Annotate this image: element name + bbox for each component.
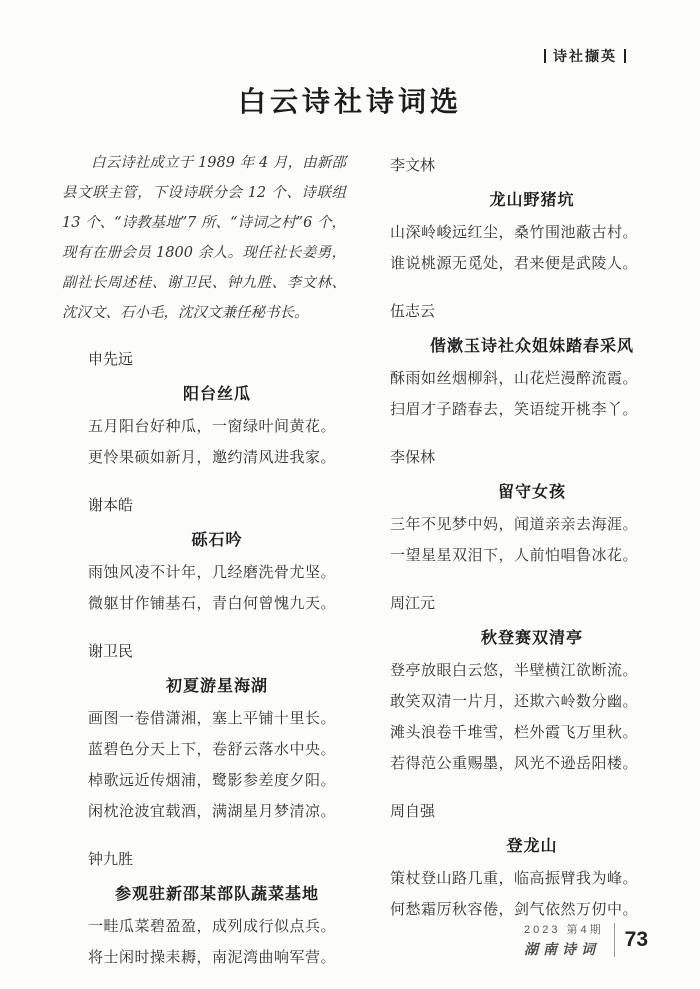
journal-name: 湖南诗词 — [524, 939, 604, 959]
poem-section: 李文林 龙山野猪坑 山深岭峻远红尘，桑竹围池蔽古村。 谁说桃源无觅处，君来便是武… — [390, 154, 674, 280]
verse-line: 一望星星双泪下，人前怕唱鲁冰花。 — [390, 541, 674, 572]
poem-section: 申先远 阳台丝瓜 五月阳台好种瓜，一窗绿叶间黄花。 更怜果硕如新月，邀约清风进我… — [62, 348, 346, 474]
poem-section: 周江元 秋登赛双清亭 登亭放眼白云悠，半壁横江欲断流。 敢笑双清一片月，还欺六岭… — [390, 592, 674, 780]
poem-section: 钟九胜 参观驻新邵某部队蔬菜基地 一畦瓜菜碧盈盈，成列成行似点兵。 将士闲时操耒… — [62, 848, 346, 974]
verse-line: 敢笑双清一片月，还欺六岭数分幽。 — [390, 687, 674, 718]
poem-author: 李文林 — [390, 154, 674, 175]
verse-line: 棹歌远近传烟浦，鹭影参差度夕阳。 — [88, 766, 346, 797]
column-header-label: 诗社撷英 — [553, 46, 617, 66]
poem-verse: 山深岭峻远红尘，桑竹围池蔽古村。 谁说桃源无觅处，君来便是武陵人。 — [390, 218, 674, 280]
poem-section: 谢卫民 初夏游星海湖 画图一卷借潇湘，塞上平铺十里长。 蓝碧色分天上下，卷舒云落… — [62, 640, 346, 828]
verse-line: 五月阳台好种瓜，一窗绿叶间黄花。 — [88, 412, 346, 443]
poem-title: 留守女孩 — [390, 479, 674, 502]
poem-verse: 三年不见梦中妈，闻道亲亲去海涯。 一望星星双泪下，人前怕唱鲁冰花。 — [390, 510, 674, 572]
poem-section: 谢本皓 砾石吟 雨蚀风凌不计年，几经磨洗骨尤坚。 微躯甘作铺基石，青白何曾愧九天… — [62, 494, 346, 620]
verse-line: 闲枕沧波宜载酒，满湖星月梦清凉。 — [88, 797, 346, 828]
verse-line: 谁说桃源无觅处，君来便是武陵人。 — [390, 249, 674, 280]
verse-line: 若得范公重赐墨，风光不逊岳阳楼。 — [390, 749, 674, 780]
poem-verse: 画图一卷借潇湘，塞上平铺十里长。 蓝碧色分天上下，卷舒云落水中央。 棹歌远近传烟… — [88, 704, 346, 828]
poem-author: 谢卫民 — [88, 640, 346, 661]
poem-title: 砾石吟 — [88, 527, 346, 550]
poem-author: 周自强 — [390, 800, 674, 821]
verse-line: 蓝碧色分天上下，卷舒云落水中央。 — [88, 735, 346, 766]
poem-author: 周江元 — [390, 592, 674, 613]
poem-verse: 酥雨如丝烟柳斜，山花烂漫醉流霞。 扫眉才子踏春去，笑语绽开桃李丫。 — [390, 364, 674, 426]
header-left-bar-icon — [544, 49, 546, 63]
poem-title: 秋登赛双清亭 — [390, 625, 674, 648]
poem-title: 参观驻新邵某部队蔬菜基地 — [88, 881, 346, 904]
poem-verse: 一畦瓜菜碧盈盈，成列成行似点兵。 将士闲时操耒耨，南泥湾曲响军营。 — [88, 912, 346, 974]
verse-line: 将士闲时操耒耨，南泥湾曲响军营。 — [88, 943, 346, 974]
verse-line: 酥雨如丝烟柳斜，山花烂漫醉流霞。 — [390, 364, 674, 395]
section-corner-header: 诗社撷英 — [544, 46, 626, 66]
verse-line: 雨蚀风凌不计年，几经磨洗骨尤坚。 — [88, 558, 346, 589]
poem-verse: 登亭放眼白云悠，半壁横江欲断流。 敢笑双清一片月，还欺六岭数分幽。 滩头浪卷千堆… — [390, 656, 674, 780]
verse-line: 滩头浪卷千堆雪，栏外霞飞万里秋。 — [390, 718, 674, 749]
page-title: 白云诗社诗词选 — [0, 80, 700, 120]
intro-paragraph: 白云诗社成立于 1989 年 4 月，由新邵县文联主管，下设诗联分会 12 个、… — [62, 148, 346, 328]
issue-label: 2023 第4期 — [524, 921, 604, 937]
left-column: 白云诗社成立于 1989 年 4 月，由新邵县文联主管，下设诗联分会 12 个、… — [62, 148, 346, 974]
verse-line: 三年不见梦中妈，闻道亲亲去海涯。 — [390, 510, 674, 541]
poem-author: 李保林 — [390, 446, 674, 467]
page-number: 73 — [625, 928, 648, 952]
poem-title: 阳台丝瓜 — [88, 381, 346, 404]
poem-title: 初夏游星海湖 — [88, 673, 346, 696]
poem-title: 登龙山 — [390, 833, 674, 856]
magazine-page: 诗社撷英 白云诗社诗词选 白云诗社成立于 1989 年 4 月，由新邵县文联主管… — [0, 0, 700, 989]
verse-line: 一畦瓜菜碧盈盈，成列成行似点兵。 — [88, 912, 346, 943]
poem-section: 李保林 留守女孩 三年不见梦中妈，闻道亲亲去海涯。 一望星星双泪下，人前怕唱鲁冰… — [390, 446, 674, 572]
page-footer: 2023 第4期 湖南诗词 73 — [524, 921, 648, 959]
poem-verse: 五月阳台好种瓜，一窗绿叶间黄花。 更怜果硕如新月，邀约清风进我家。 — [88, 412, 346, 474]
header-right-bar-icon — [624, 49, 626, 63]
poem-verse: 雨蚀风凌不计年，几经磨洗骨尤坚。 微躯甘作铺基石，青白何曾愧九天。 — [88, 558, 346, 620]
poem-author: 钟九胜 — [88, 848, 346, 869]
verse-line: 策杖登山路几重，临高振臂我为峰。 — [390, 864, 674, 895]
poem-title: 偕漱玉诗社众姐妹踏春采风 — [390, 333, 674, 356]
verse-line: 画图一卷借潇湘，塞上平铺十里长。 — [88, 704, 346, 735]
poem-author: 申先远 — [88, 348, 346, 369]
poem-verse: 策杖登山路几重，临高振臂我为峰。 何愁霜厉秋容倦，剑气依然万仞中。 — [390, 864, 674, 926]
poem-section: 伍志云 偕漱玉诗社众姐妹踏春采风 酥雨如丝烟柳斜，山花烂漫醉流霞。 扫眉才子踏春… — [390, 300, 674, 426]
footer-divider — [614, 923, 615, 957]
poem-author: 谢本皓 — [88, 494, 346, 515]
verse-line: 登亭放眼白云悠，半壁横江欲断流。 — [390, 656, 674, 687]
right-column: 李文林 龙山野猪坑 山深岭峻远红尘，桑竹围池蔽古村。 谁说桃源无觅处，君来便是武… — [390, 148, 674, 926]
poem-section: 周自强 登龙山 策杖登山路几重，临高振臂我为峰。 何愁霜厉秋容倦，剑气依然万仞中… — [390, 800, 674, 926]
poem-title: 龙山野猪坑 — [390, 187, 674, 210]
poem-author: 伍志云 — [390, 300, 674, 321]
footer-meta: 2023 第4期 湖南诗词 — [524, 921, 604, 959]
verse-line: 山深岭峻远红尘，桑竹围池蔽古村。 — [390, 218, 674, 249]
verse-line: 更怜果硕如新月，邀约清风进我家。 — [88, 443, 346, 474]
verse-line: 微躯甘作铺基石，青白何曾愧九天。 — [88, 589, 346, 620]
verse-line: 扫眉才子踏春去，笑语绽开桃李丫。 — [390, 395, 674, 426]
